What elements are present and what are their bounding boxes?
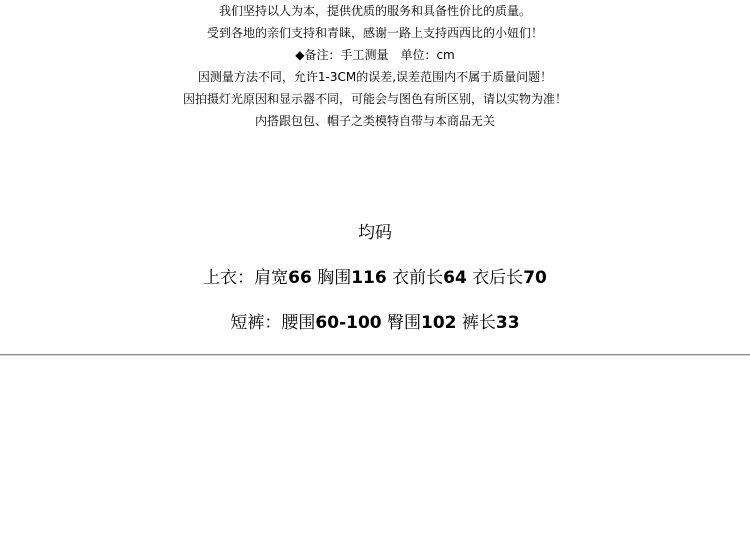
pants-length-label: 裤长 [462, 313, 496, 333]
shoulder-width-label: 肩宽 [254, 268, 288, 288]
back-length-label: 衣后长 [472, 268, 523, 288]
shoulder-width-value: 66 [288, 268, 312, 288]
waist-label: 腰围 [281, 313, 315, 333]
hip-label: 臀围 [387, 313, 421, 333]
front-length-value: 64 [443, 268, 467, 288]
hip-value: 102 [421, 313, 457, 333]
front-length-label: 衣前长 [392, 268, 443, 288]
note-accessories-disclaimer: 内搭跟包包、帽子之类模特自带与本商品无关 [0, 110, 750, 132]
size-chart: 均码 上衣：肩宽66 胸围116 衣前长64 衣后长70 短裤：腰围60-100… [0, 220, 750, 355]
product-notes: 我们坚持以人为本，提供优质的服务和具备性价比的质量。 受到各地的亲们支持和青睐，… [0, 0, 750, 132]
note-color-difference: 因拍摄灯光原因和显示器不同，可能会与图色有所区别，请以实物为准！ [0, 88, 750, 110]
horizontal-divider [0, 354, 750, 356]
pants-length-value: 33 [496, 313, 520, 333]
shorts-measurements: 短裤：腰围60-100 臀围102 裤长33 [0, 310, 750, 355]
top-prefix: 上衣： [203, 268, 254, 288]
size-label: 均码 [0, 220, 750, 265]
back-length-value: 70 [523, 268, 547, 288]
note-thanks: 受到各地的亲们支持和青睐，感谢一路上支持西西比的小妞们！ [0, 22, 750, 44]
note-service-commitment: 我们坚持以人为本，提供优质的服务和具备性价比的质量。 [0, 0, 750, 22]
waist-value: 60-100 [315, 313, 381, 333]
shorts-prefix: 短裤： [230, 313, 281, 333]
note-measurement-tolerance: 因测量方法不同，允许1-3CM的误差,误差范围内不属于质量问题！ [0, 66, 750, 88]
note-measurement-unit: ◆备注：手工测量 单位：cm [0, 44, 750, 66]
top-measurements: 上衣：肩宽66 胸围116 衣前长64 衣后长70 [0, 265, 750, 310]
chest-value: 116 [351, 268, 387, 288]
chest-label: 胸围 [317, 268, 351, 288]
